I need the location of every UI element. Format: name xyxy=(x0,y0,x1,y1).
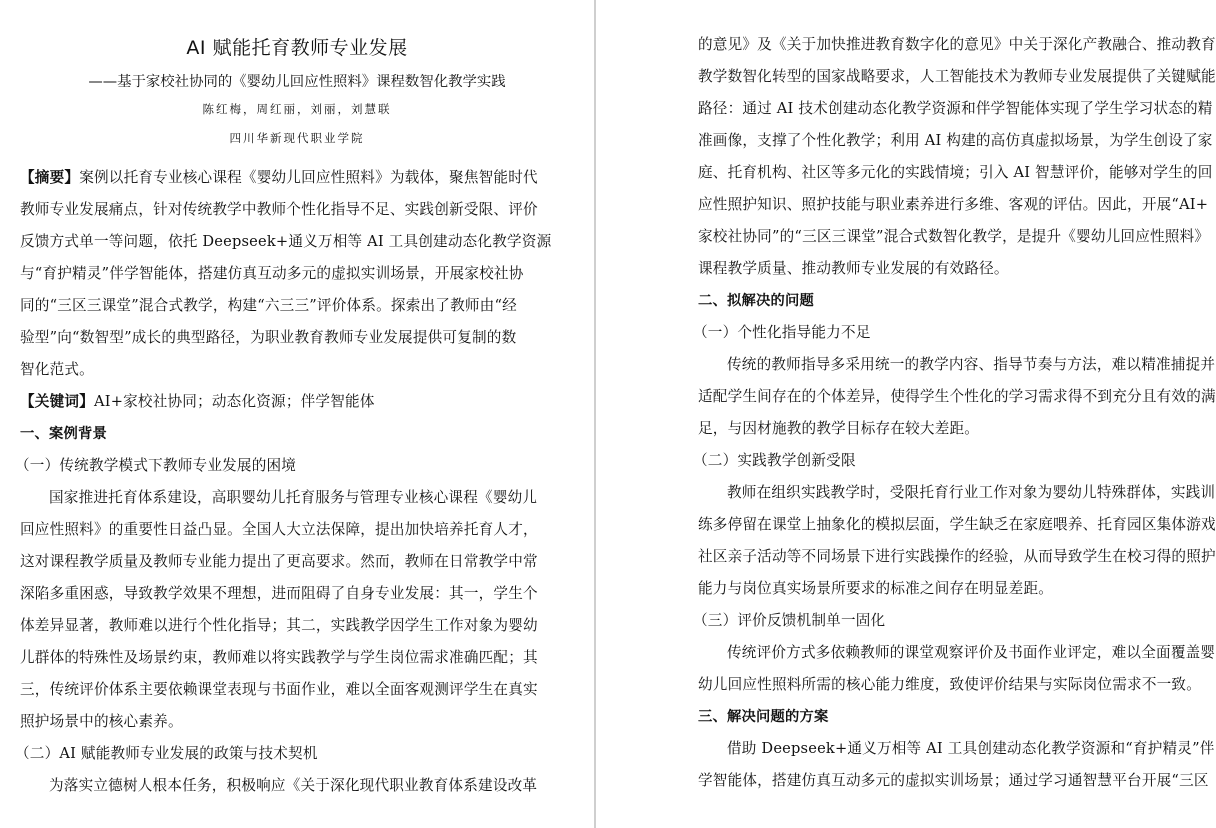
paragraph-line: 练多停留在课堂上抽象化的模拟层面，学生缺乏在家庭喂养、托育园区集体游戏、 xyxy=(698,515,1216,535)
paragraph-line: 照护场景中的核心素养。 xyxy=(20,712,183,732)
paragraph-line: 幼儿回应性照料所需的核心能力维度，致使评价结果与实际岗位需求不一致。 xyxy=(698,675,1201,695)
paragraph-line: 的意见》及《关于加快推进教育数字化的意见》中关于深化产教融合、推动教育 xyxy=(698,35,1216,55)
subsection-heading: （三）评价反馈机制单一固化 xyxy=(693,611,885,631)
paragraph-line: 应性照护知识、照护技能与职业素养进行多维、客观的评估。因此，开展“AI+ xyxy=(698,195,1208,215)
paragraph-line: 传统的教师指导多采用统一的教学内容、指导节奏与方法，难以精准捕捉并 xyxy=(698,355,1215,375)
paragraph-line: 准画像，支撑了个性化教学；利用 AI 构建的高仿真虚拟场景，为学生创设了家 xyxy=(698,131,1213,151)
paragraph-line: 三，传统评价体系主要依赖课堂表现与书面作业，难以全面客观测评学生在真实 xyxy=(20,680,538,700)
paragraph-line: 能力与岗位真实场景所要求的标准之间存在明显差距。 xyxy=(698,579,1053,599)
paragraph-line: 适配学生间存在的个体差异，使得学生个性化的学习需求得不到充分且有效的满 xyxy=(698,387,1216,407)
abstract-line: 同的“三区三课堂”混合式教学，构建“六三三”评价体系。探索出了教师由“经 xyxy=(20,296,517,316)
paragraph-line: 回应性照料》的重要性日益凸显。全国人大立法保障，提出加快培养托育人才， xyxy=(20,520,538,540)
document-page-right: 的意见》及《关于加快推进教育数字化的意见》中关于深化产教融合、推动教育 教学数智… xyxy=(596,0,1216,828)
author-list: 陈红梅，周红丽，刘丽，刘慧联 xyxy=(0,101,594,117)
paragraph-line: 社区亲子活动等不同场景下进行实践操作的经验，从而导致学生在校习得的照护 xyxy=(698,547,1216,567)
abstract-line: 验型”向“数智型”成长的典型路径，为职业教育教师专业发展提供可复制的数 xyxy=(20,328,516,348)
paragraph-line: 传统评价方式多依赖教师的课堂观察评价及书面作业评定，难以全面覆盖婴 xyxy=(698,643,1215,663)
paragraph-line: 课程教学质量、推动教师专业发展的有效路径。 xyxy=(698,259,1009,279)
paragraph-line: 国家推进托育体系建设，高职婴幼儿托育服务与管理专业核心课程《婴幼儿 xyxy=(20,488,537,508)
abstract-line: 智化范式。 xyxy=(20,360,94,380)
paragraph-line: 为落实立德树人根本任务，积极响应《关于深化现代职业教育体系建设改革 xyxy=(20,776,537,796)
paragraph-line: 这对课程教学质量及教师专业能力提出了更高要求。然而，教师在日常教学中常 xyxy=(20,552,538,572)
paragraph-line: 教师在组织实践教学时，受限托育行业工作对象为婴幼儿特殊群体，实践训 xyxy=(698,483,1215,503)
document-subtitle: ——基于家校社协同的《婴幼儿回应性照料》课程数智化教学实践 xyxy=(0,70,594,91)
subsection-heading: （一）个性化指导能力不足 xyxy=(693,323,871,343)
abstract-line: 教师专业发展痛点，针对传统教学中教师个性化指导不足、实践创新受限、评价 xyxy=(20,200,538,220)
paragraph-line: 体差异显著，教师难以进行个性化指导；其二，实践教学因学生工作对象为婴幼 xyxy=(20,616,538,636)
paragraph-line: 足，与因材施教的教学目标存在较大差距。 xyxy=(698,419,979,439)
abstract-label: 【摘要】 xyxy=(20,169,79,186)
affiliation: 四川华新现代职业学院 xyxy=(0,130,594,146)
paragraph-line: 庭、托育机构、社区等多元化的实践情境；引入 AI 智慧评价，能够对学生的回 xyxy=(698,163,1213,183)
section-heading: 二、拟解决的问题 xyxy=(698,291,814,311)
document-title: AI 赋能托育教师专业发展 xyxy=(0,33,594,60)
subsection-heading: （二）AI 赋能教师专业发展的政策与技术契机 xyxy=(15,744,318,764)
paragraph-line: 深陷多重困惑，导致教学效果不理想，进而阻碍了自身专业发展：其一，学生个 xyxy=(20,584,538,604)
paragraph-line: 教学数智化转型的国家战略要求，人工智能技术为教师专业发展提供了关键赋能 xyxy=(698,67,1216,87)
paragraph-line: 路径：通过 AI 技术创建动态化教学资源和伴学智能体实现了学生学习状态的精 xyxy=(698,99,1213,119)
keywords-label: 【关键词】 xyxy=(20,393,94,410)
keywords-text: AI+家校社协同；动态化资源；伴学智能体 xyxy=(94,393,375,410)
section-heading: 三、解决问题的方案 xyxy=(698,707,828,727)
paragraph-line: 借助 Deepseek+通义万相等 AI 工具创建动态化教学资源和“育护精灵”伴 xyxy=(698,739,1215,759)
document-page-left: AI 赋能托育教师专业发展 ——基于家校社协同的《婴幼儿回应性照料》课程数智化教… xyxy=(0,0,594,828)
paragraph-line: 家校社协同”的“三区三课堂”混合式数智化教学，是提升《婴幼儿回应性照料》 xyxy=(698,227,1209,247)
keywords-line: 【关键词】AI+家校社协同；动态化资源；伴学智能体 xyxy=(20,392,375,412)
paragraph-line: 学智能体，搭建仿真互动多元的虚拟实训场景；通过学习通智慧平台开展“三区 xyxy=(698,771,1209,791)
abstract-line: 与“育护精灵”伴学智能体，搭建仿真互动多元的虚拟实训场景，开展家校社协 xyxy=(20,264,524,284)
section-heading: 一、案例背景 xyxy=(20,424,107,444)
subsection-heading: （二）实践教学创新受限 xyxy=(693,451,856,471)
abstract-line: 【摘要】案例以托育专业核心课程《婴幼儿回应性照料》为载体，聚焦智能时代 xyxy=(20,168,538,188)
abstract-line: 反馈方式单一等问题，依托 Deepseek+通义万相等 AI 工具创建动态化教学… xyxy=(20,232,551,252)
paragraph-line: 儿群体的特殊性及场景约束，教师难以将实践教学与学生岗位需求准确匹配；其 xyxy=(20,648,538,668)
subsection-heading: （一）传统教学模式下教师专业发展的困境 xyxy=(15,456,296,476)
